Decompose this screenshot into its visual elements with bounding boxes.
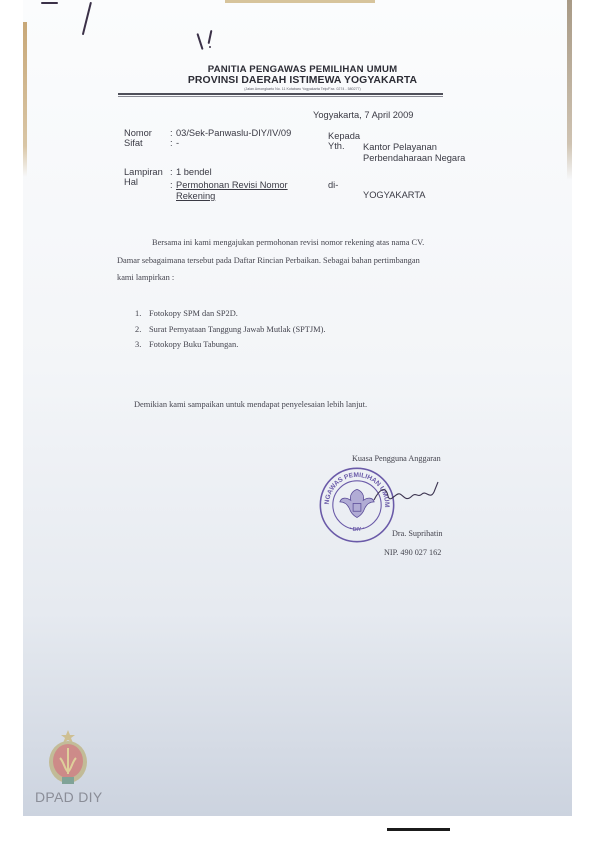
- letterhead-line2: PROVINSI DAERAH ISTIMEWA YOGYAKARTA: [110, 75, 475, 86]
- meta-label-sifat: Sifat: [124, 138, 143, 148]
- bottom-rule: [387, 828, 450, 831]
- list-item: 1.Fotokopy SPM dan SP2D.: [135, 306, 326, 322]
- body-paragraph: Bersama ini kami mengajukan permohonan r…: [117, 234, 495, 287]
- meta-colon: :: [170, 180, 173, 190]
- body-line: Damar sebagaimana tersebut pada Daftar R…: [117, 252, 495, 270]
- meta-value-hal-line1: Permohonan Revisi Nomor: [176, 180, 288, 190]
- closing-sentence: Demikian kami sampaikan untuk mendapat p…: [134, 400, 367, 409]
- place-date: Yogyakarta, 7 April 2009: [313, 110, 413, 120]
- meta-label-hal: Hal: [124, 177, 138, 187]
- meta-colon: :: [170, 128, 173, 138]
- watermark-text: DPAD DIY: [35, 789, 103, 805]
- recipient-name-line2: Perbendaharaan Negara: [363, 153, 465, 163]
- meta-label-nomor: Nomor: [124, 128, 152, 138]
- meta-value-lampiran: 1 bendel: [176, 167, 212, 177]
- pen-mark: [41, 2, 58, 4]
- signer-nip: NIP. 490 027 162: [384, 548, 441, 557]
- attachment-list: 1.Fotokopy SPM dan SP2D. 2.Surat Pernyat…: [135, 306, 326, 353]
- list-item: 2.Surat Pernyataan Tanggung Jawab Mutlak…: [135, 322, 326, 338]
- signature-scribble-icon: [370, 478, 450, 508]
- letterhead-address: (Jalan Amongkarto No. 11 Kotabaru Yogyak…: [110, 86, 475, 92]
- recipient-kepada: Kepada: [328, 131, 360, 141]
- signer-name: Dra. Suprihatin: [392, 529, 442, 538]
- letterhead: PANITIA PENGAWAS PEMILIHAN UMUM PROVINSI…: [110, 64, 475, 92]
- pen-mark: [209, 46, 211, 48]
- list-item: 3.Fotokopy Buku Tabungan.: [135, 337, 326, 353]
- meta-value-sifat: -: [176, 138, 179, 148]
- paper-edge-right: [567, 0, 572, 180]
- letterhead-rule-thin: [118, 96, 443, 97]
- meta-value-hal-line2: Rekening: [176, 191, 215, 201]
- recipient-yth: Yth.: [328, 141, 345, 151]
- recipient-name-line1: Kantor Pelayanan: [363, 142, 437, 152]
- meta-label-lampiran: Lampiran: [124, 167, 163, 177]
- meta-colon: :: [170, 167, 173, 177]
- svg-text:• DIY •: • DIY •: [349, 526, 366, 533]
- yogyakarta-crest-icon: [38, 728, 98, 790]
- letterhead-line1: PANITIA PENGAWAS PEMILIHAN UMUM: [110, 64, 475, 75]
- body-line: kami lampirkan :: [117, 269, 495, 287]
- letterhead-rule: [118, 93, 443, 95]
- meta-colon: :: [170, 138, 173, 148]
- paper-edge-top: [225, 0, 375, 3]
- paper-edge-left: [23, 22, 27, 177]
- meta-value-nomor: 03/Sek-Panwaslu-DIY/IV/09: [176, 128, 291, 138]
- body-line: Bersama ini kami mengajukan permohonan r…: [152, 238, 424, 247]
- recipient-di: di-: [328, 180, 338, 190]
- recipient-city: YOGYAKARTA: [363, 190, 426, 200]
- signature-title: Kuasa Pengguna Anggaran: [352, 454, 441, 463]
